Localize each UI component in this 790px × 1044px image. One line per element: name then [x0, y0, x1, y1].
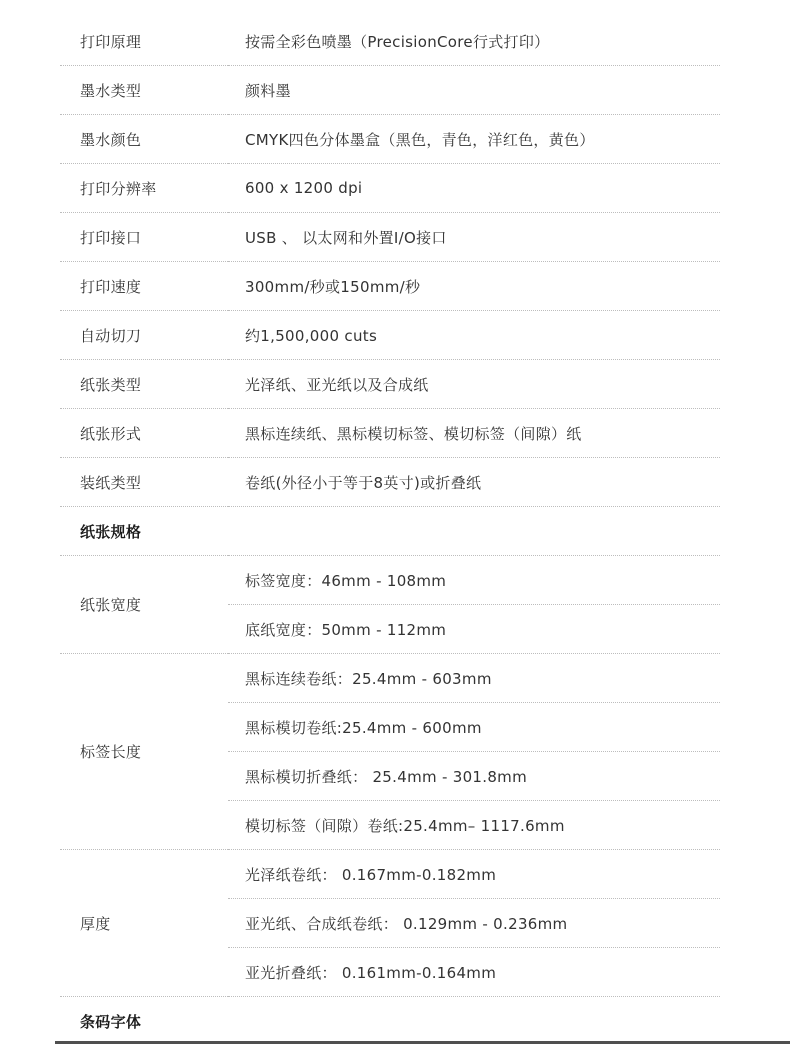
- spec-label: 装纸类型: [60, 458, 228, 507]
- spec-value: 黑标连续纸、黑标模切标签、模切标签（间隙）纸: [228, 409, 720, 458]
- spec-label: 纸张类型: [60, 360, 228, 409]
- group-value: 黑标连续卷纸：25.4mm - 603mm: [228, 654, 720, 703]
- group-label: 纸张宽度: [60, 556, 228, 654]
- spec-row: 打印原理按需全彩色喷墨（PrecisionCore行式打印）: [60, 17, 720, 66]
- spec-label: 打印接口: [60, 213, 228, 262]
- group-sub-row: 纸张宽度标签宽度：46mm - 108mm: [60, 556, 720, 605]
- group-value: 模切标签（间隙）卷纸:25.4mm– 1117.6mm: [228, 801, 720, 850]
- group-sub-row: 标签长度黑标连续卷纸：25.4mm - 603mm: [60, 654, 720, 703]
- group-value: 底纸宽度：50mm - 112mm: [228, 605, 720, 654]
- spec-value: 600 x 1200 dpi: [228, 164, 720, 213]
- section-header-row: 条码字体: [60, 997, 720, 1044]
- spec-value: 约1,500,000 cuts: [228, 311, 720, 360]
- group-value: 亚光纸、合成纸卷纸： 0.129mm - 0.236mm: [228, 899, 720, 948]
- spec-row: 打印接口USB 、 以太网和外置I/O接口: [60, 213, 720, 262]
- spec-label: 打印分辨率: [60, 164, 228, 213]
- spec-value: 按需全彩色喷墨（PrecisionCore行式打印）: [228, 17, 720, 66]
- spec-value: 300mm/秒或150mm/秒: [228, 262, 720, 311]
- spec-label: 墨水类型: [60, 66, 228, 115]
- group-label: 厚度: [60, 850, 228, 997]
- group-sub-row: 厚度光泽纸卷纸： 0.167mm-0.182mm: [60, 850, 720, 899]
- spec-row: 墨水类型颜料墨: [60, 66, 720, 115]
- spec-row: 纸张形式黑标连续纸、黑标模切标签、模切标签（间隙）纸: [60, 409, 720, 458]
- spec-value: CMYK四色分体墨盒（黑色，青色，洋红色，黄色）: [228, 115, 720, 164]
- section-header-row: 纸张规格: [60, 507, 720, 556]
- spec-value: USB 、 以太网和外置I/O接口: [228, 213, 720, 262]
- spec-label: 纸张形式: [60, 409, 228, 458]
- group-value: 亚光折叠纸： 0.161mm-0.164mm: [228, 948, 720, 997]
- spec-value: 颜料墨: [228, 66, 720, 115]
- section-title: 纸张规格: [60, 507, 720, 556]
- spec-row: 自动切刀约1,500,000 cuts: [60, 311, 720, 360]
- spec-row: 墨水颜色CMYK四色分体墨盒（黑色，青色，洋红色，黄色）: [60, 115, 720, 164]
- spec-row: 打印速度300mm/秒或150mm/秒: [60, 262, 720, 311]
- spec-row: 纸张类型光泽纸、亚光纸以及合成纸: [60, 360, 720, 409]
- spec-label: 墨水颜色: [60, 115, 228, 164]
- section-title: 条码字体: [60, 997, 720, 1044]
- printer-spec-table: 打印原理按需全彩色喷墨（PrecisionCore行式打印）墨水类型颜料墨墨水颜…: [60, 17, 720, 1044]
- spec-value: 光泽纸、亚光纸以及合成纸: [228, 360, 720, 409]
- group-value: 光泽纸卷纸： 0.167mm-0.182mm: [228, 850, 720, 899]
- spec-value: 卷纸(外径小于等于8英寸)或折叠纸: [228, 458, 720, 507]
- spec-row: 打印分辨率600 x 1200 dpi: [60, 164, 720, 213]
- group-label: 标签长度: [60, 654, 228, 850]
- spec-label: 打印速度: [60, 262, 228, 311]
- spec-label: 打印原理: [60, 17, 228, 66]
- group-value: 标签宽度：46mm - 108mm: [228, 556, 720, 605]
- group-value: 黑标模切卷纸:25.4mm - 600mm: [228, 703, 720, 752]
- spec-row: 装纸类型卷纸(外径小于等于8英寸)或折叠纸: [60, 458, 720, 507]
- spec-label: 自动切刀: [60, 311, 228, 360]
- group-value: 黑标模切折叠纸： 25.4mm - 301.8mm: [228, 752, 720, 801]
